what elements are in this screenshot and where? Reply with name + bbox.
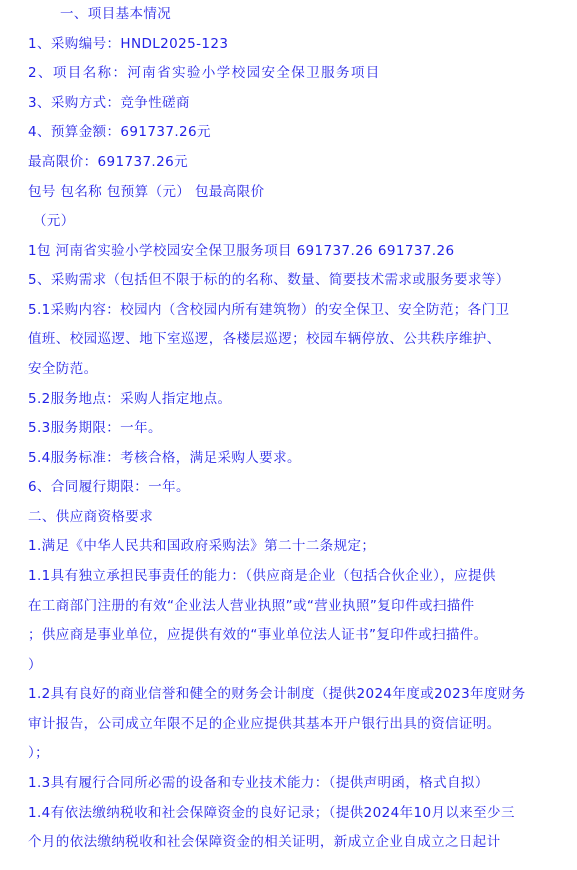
item-4-budget-amount: 4、预算金额：691737.26元 — [28, 123, 211, 141]
item-2-project-name: 2、项目名称：河南省实验小学校园安全保卫服务项目 — [28, 64, 381, 82]
item-5-1-content-cont1: 值班、校园巡逻、地下室巡逻，各楼层巡逻；校园车辆停放、公共秩序维护、 — [28, 330, 501, 348]
max-price: 最高限价：691737.26元 — [28, 153, 188, 171]
item-5-3-period: 5.3服务期限：一年。 — [28, 419, 162, 437]
item-5-procurement-demand: 5、采购需求（包括但不限于标的的名称、数量、简要技术需求或服务要求等） — [28, 271, 510, 289]
req-1-4: 1.4有依法缴纳税收和社会保障资金的良好记录；（提供2024年10月以来至少三 — [28, 804, 515, 822]
req-1-2-cont2: ）； — [28, 744, 49, 762]
item-1-procurement-number: 1、采购编号：HNDL2025-123 — [28, 35, 228, 53]
req-1-1-cont2: ；供应商是事业单位，应提供有效的“事业单位法人证书”复印件或扫描件。 — [28, 626, 488, 644]
item-3-procurement-method: 3、采购方式：竞争性磋商 — [28, 94, 190, 112]
req-1-1-cont3: ） — [28, 656, 42, 674]
req-1: 1.满足《中华人民共和国政府采购法》第二十二条规定； — [28, 537, 375, 555]
item-5-2-location: 5.2服务地点：采购人指定地点。 — [28, 390, 231, 408]
package-table-header-cont: （元） — [33, 212, 75, 230]
item-5-1-content: 5.1采购内容：校园内（含校园内所有建筑物）的安全保卫、安全防范；各门卫 — [28, 301, 509, 319]
req-1-1-cont1: 在工商部门注册的有效“企业法人营业执照”或“营业执照”复印件或扫描件 — [28, 597, 475, 615]
req-1-2-cont1: 审计报告，公司成立年限不足的企业应提供其基本开户银行出具的资信证明。 — [28, 715, 501, 733]
req-1-1: 1.1具有独立承担民事责任的能力：（供应商是企业（包括合伙企业），应提供 — [28, 567, 496, 585]
package-row-1: 1包 河南省实验小学校园安全保卫服务项目 691737.26 691737.26 — [28, 242, 454, 260]
item-5-1-content-cont2: 安全防范。 — [28, 360, 98, 378]
item-6-contract-period: 6、合同履行期限：一年。 — [28, 478, 190, 496]
req-1-3: 1.3具有履行合同所必需的设备和专业技术能力：（提供声明函，格式自拟） — [28, 774, 489, 792]
section-1-heading: 一、项目基本情况 — [60, 5, 171, 23]
req-1-2: 1.2具有良好的商业信誉和健全的财务会计制度（提供2024年度或2023年度财务 — [28, 685, 526, 703]
package-table-header: 包号 包名称 包预算（元） 包最高限价 — [28, 183, 264, 201]
req-1-4-cont1: 个月的依法缴纳税收和社会保障资金的相关证明，新成立企业自成立之日起计 — [28, 833, 501, 851]
item-5-4-standard: 5.4服务标准：考核合格，满足采购人要求。 — [28, 449, 301, 467]
section-2-heading: 二、供应商资格要求 — [28, 508, 153, 526]
